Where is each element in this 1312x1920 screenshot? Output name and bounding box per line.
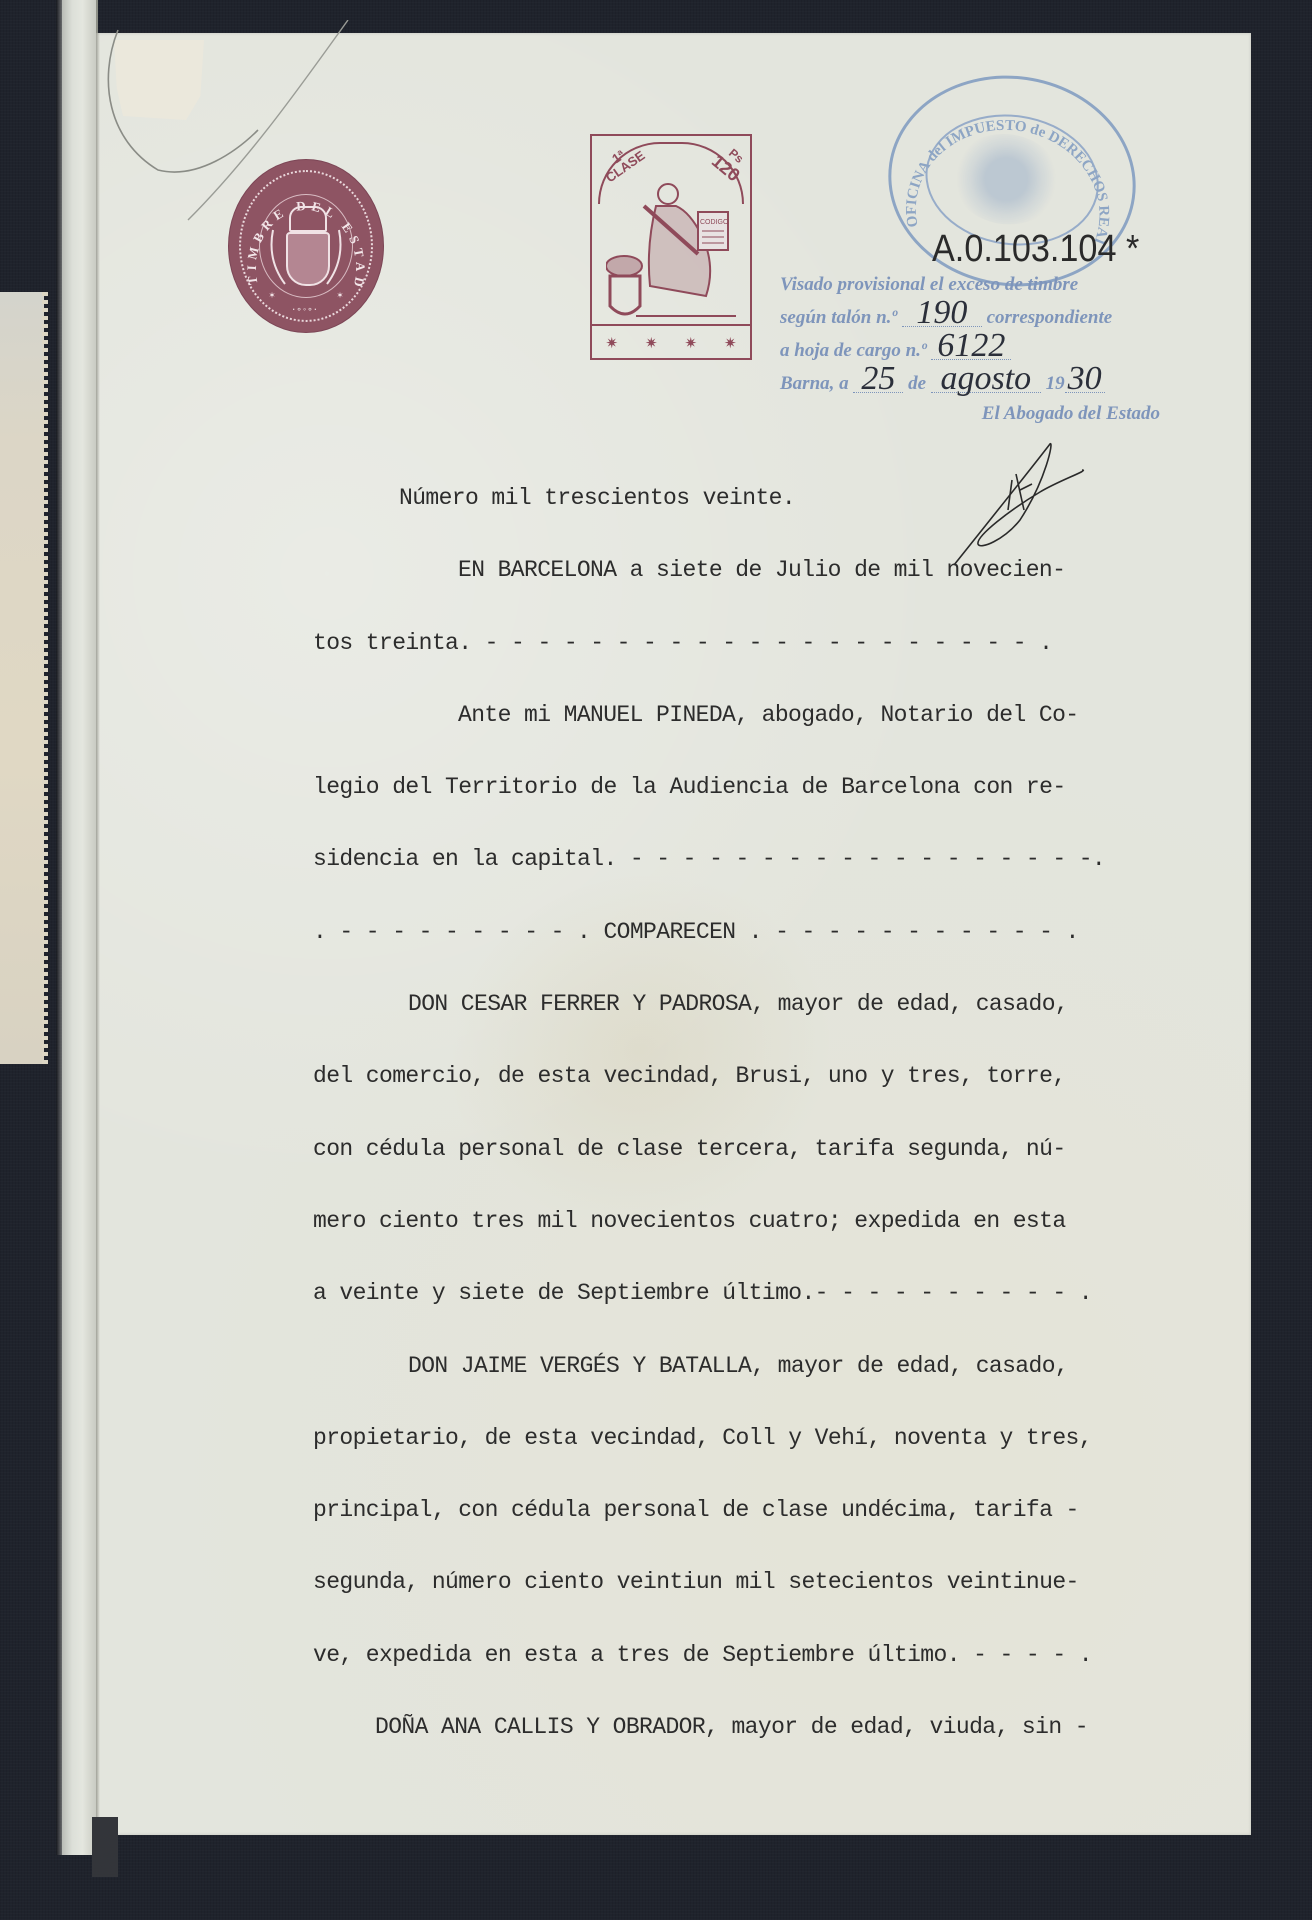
- text-line: sidencia en la capital. - - - - - - - - …: [313, 823, 1173, 895]
- cargo-number: 6122: [931, 333, 1011, 360]
- svg-text:CODIGO: CODIGO: [700, 219, 729, 226]
- text-line: DOÑA ANA CALLIS Y OBRADOR, mayor de edad…: [313, 1691, 1173, 1763]
- fiscal-stamp: 1ª CLASE Ps 120 CODIGO ✷✷✷✷: [590, 134, 752, 360]
- text-line: principal, con cédula personal de clase …: [313, 1474, 1173, 1546]
- svg-text:✶: ✶: [337, 291, 343, 302]
- deed-body-text: Número mil trescientos veinte. EN BARCEL…: [313, 462, 1173, 1763]
- svg-text:✶: ✶: [269, 291, 275, 302]
- text-line: del comercio, de esta vecindad, Brusi, u…: [313, 1040, 1173, 1112]
- text-line: EN BARCELONA a siete de Julio de mil nov…: [313, 534, 1173, 606]
- text-line: Ante mi MANUEL PINEDA, abogado, Notario …: [313, 679, 1173, 751]
- visado-line-1: Visado provisional el exceso de timbre: [780, 270, 1180, 300]
- text-line: legio del Territorio de la Audiencia de …: [313, 751, 1173, 823]
- text-line: a veinte y siete de Septiembre último.- …: [313, 1257, 1173, 1329]
- talon-number: 190: [902, 300, 982, 327]
- text-line: propietario, de esta vecindad, Coll y Ve…: [313, 1402, 1173, 1474]
- stamp-ornament-band: ✷✷✷✷: [592, 324, 750, 358]
- coat-of-arms-icon: [286, 232, 330, 286]
- section-heading-comparecen: . - - - - - - - - - . COMPARECEN . - - -…: [313, 896, 1173, 968]
- svg-text:·∘◦∘·: ·∘◦∘·: [291, 305, 318, 315]
- page-bottom-flap: [92, 1817, 118, 1877]
- text-line: DON CESAR FERRER Y PADROSA, mayor de eda…: [313, 968, 1173, 1040]
- visado-stamp-block: Visado provisional el exceso de timbre s…: [780, 270, 1180, 429]
- allegorical-figure-icon: CODIGO: [606, 176, 740, 322]
- crown-icon: [289, 206, 327, 232]
- timbre-del-estado-seal: TIMBRE DEL ESTADO ✶ ✶ ·∘◦∘·: [229, 160, 383, 332]
- visado-year: 30: [1065, 366, 1105, 393]
- text-line: tos treinta. - - - - - - - - - - - - - -…: [313, 607, 1173, 679]
- text-line: Número mil trescientos veinte.: [313, 462, 1173, 534]
- torn-paper-residue: [114, 40, 204, 120]
- text-line: con cédula personal de clase tercera, ta…: [313, 1113, 1173, 1185]
- serial-number: A.0.103.104 *: [932, 228, 1139, 271]
- text-line: DON JAIME VERGÉS Y BATALLA, mayor de eda…: [313, 1330, 1173, 1402]
- page-edge: [96, 33, 100, 1835]
- left-stub-paper: [0, 292, 44, 1064]
- visado-signature-label: El Abogado del Estado: [780, 399, 1180, 429]
- text-line: ve, expedida en esta a tres de Septiembr…: [313, 1619, 1173, 1691]
- text-line: segunda, número ciento veintiun mil sete…: [313, 1546, 1173, 1618]
- visado-month: agosto: [931, 366, 1041, 393]
- binding-strip: [62, 0, 98, 1855]
- visado-line-4: Barna, a 25 de agosto 1930: [780, 366, 1180, 399]
- visado-day: 25: [853, 366, 903, 393]
- text-line: mero ciento tres mil novecientos cuatro;…: [313, 1185, 1173, 1257]
